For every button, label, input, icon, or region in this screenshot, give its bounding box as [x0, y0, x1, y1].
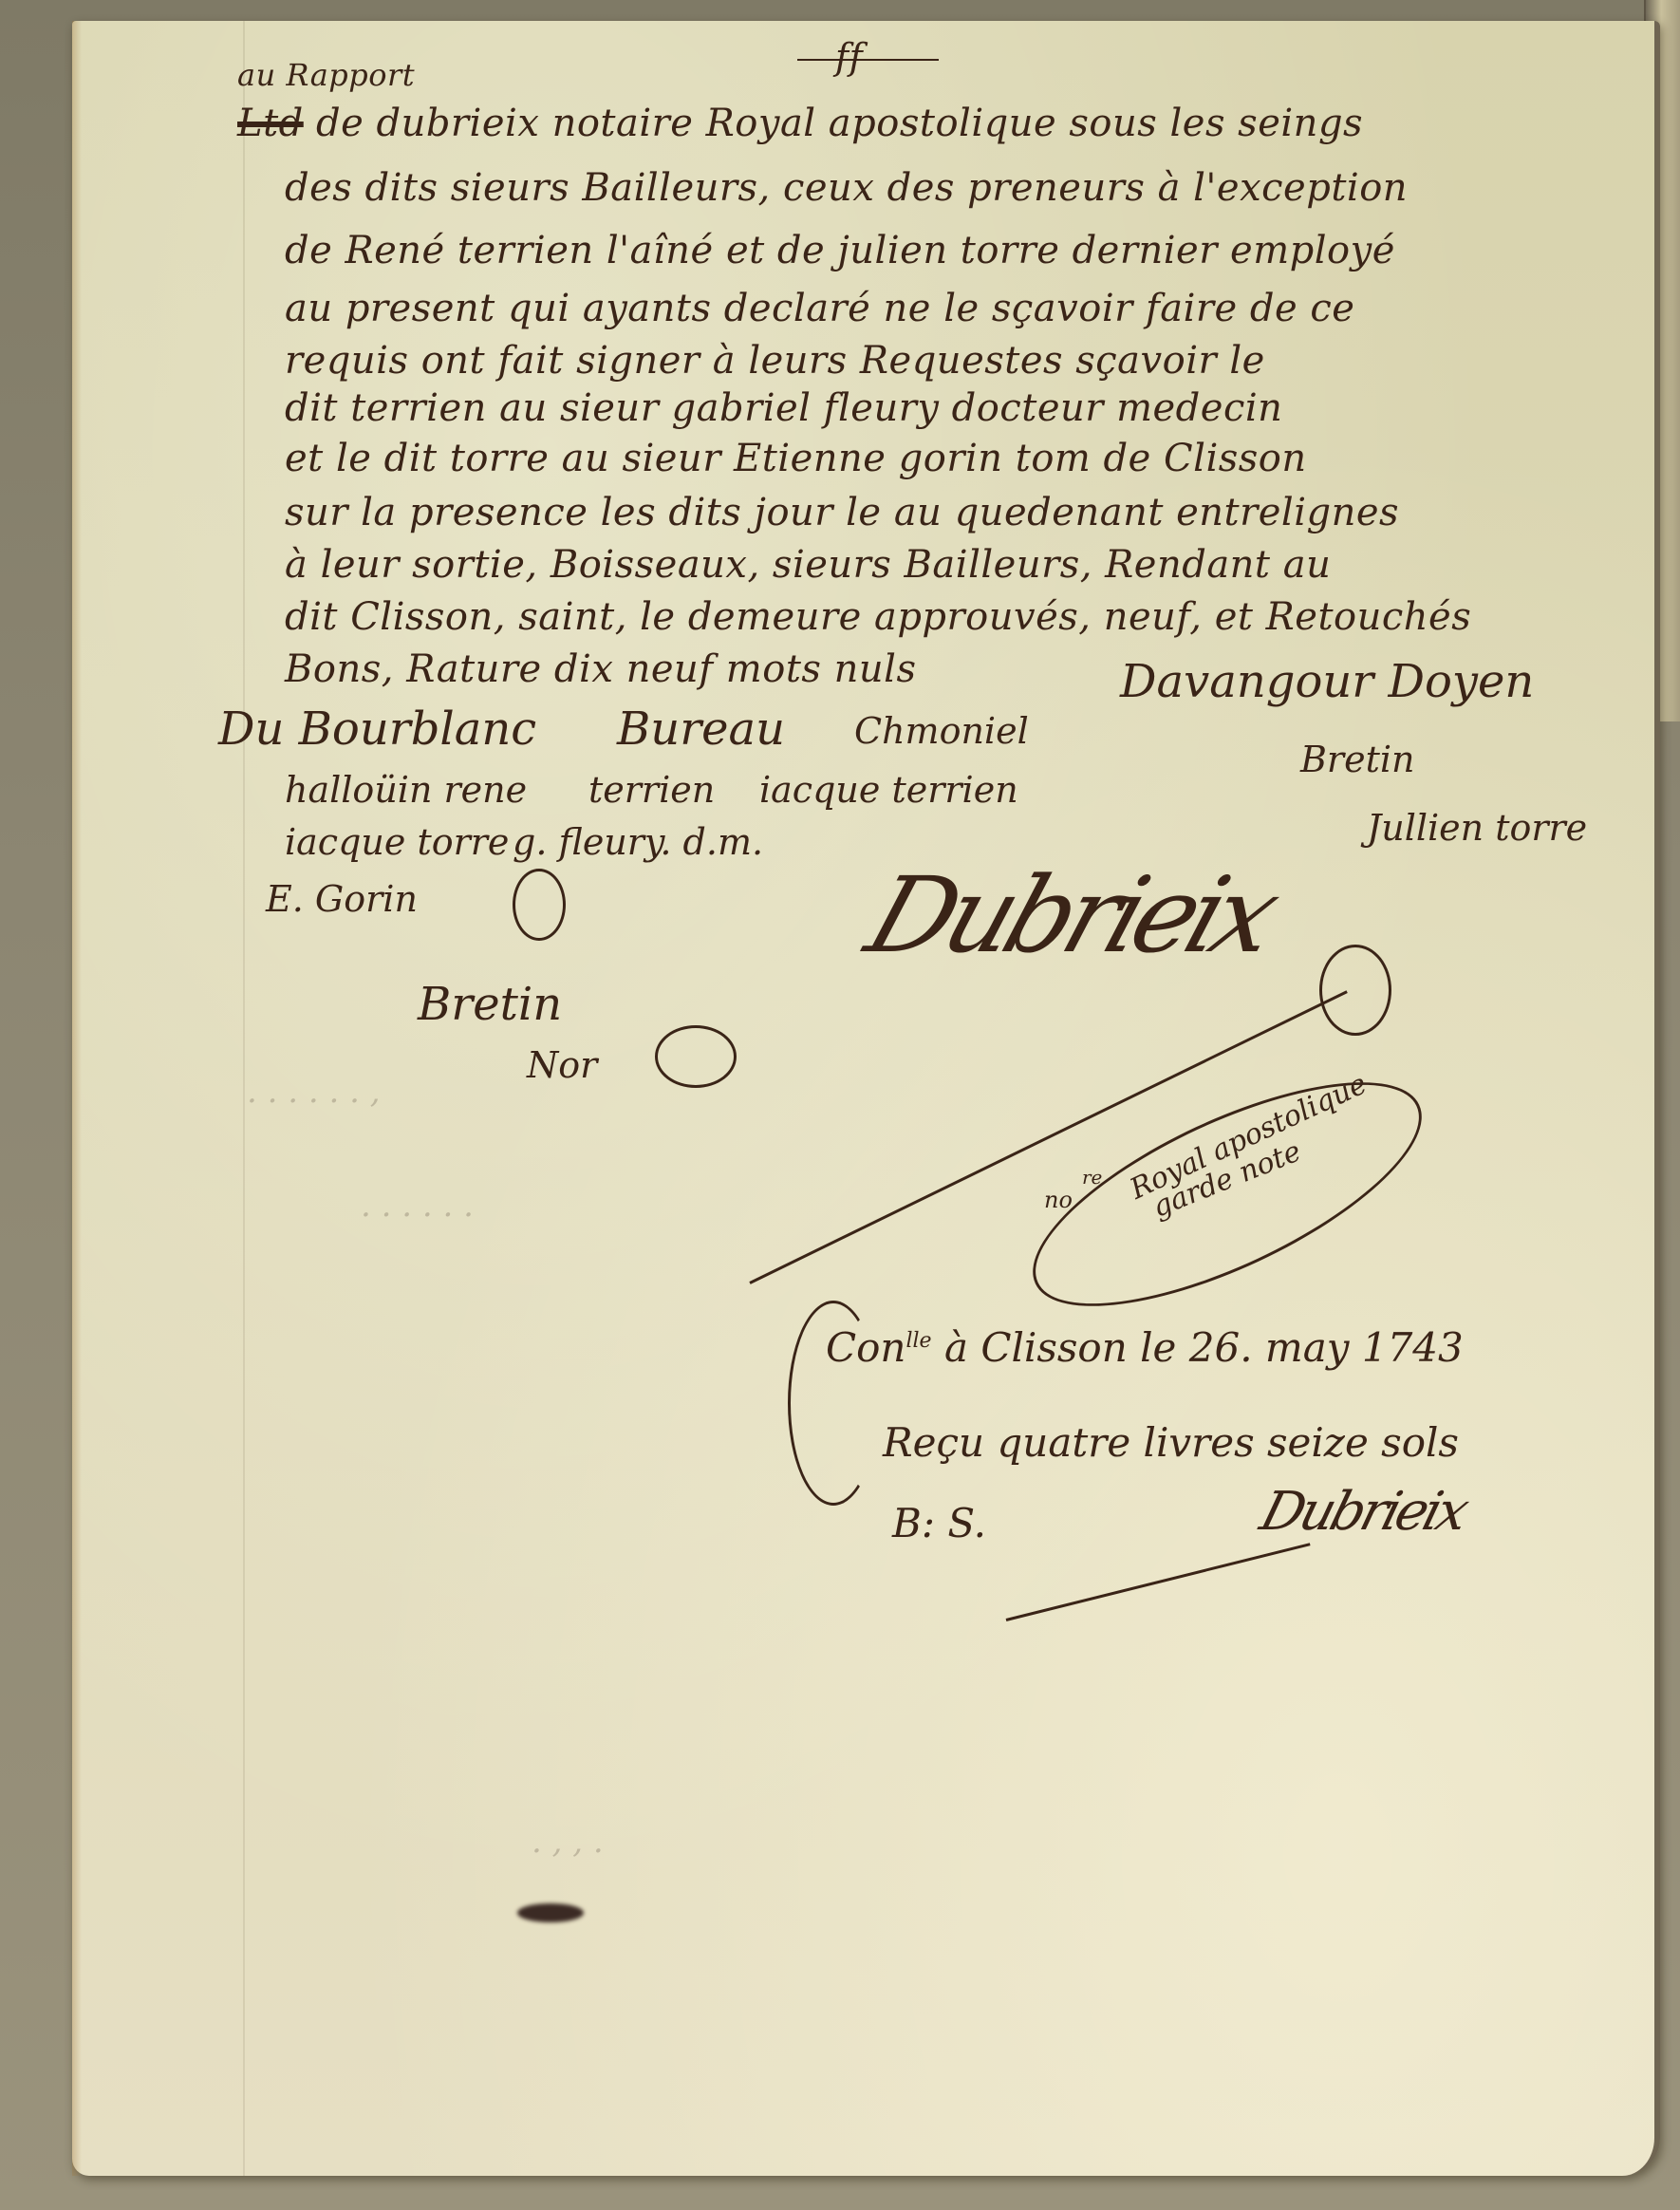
body-line-3: de René terrien l'aîné et de julien torr… — [285, 232, 1395, 270]
signature-bureau: Bureau — [617, 702, 785, 756]
body-line-4: au present qui ayants declaré ne le sçav… — [285, 290, 1354, 328]
signature-iacque-terrien: iacque terrien — [759, 769, 1018, 811]
paraph-knot — [655, 1025, 737, 1088]
signature-terrien: terrien — [588, 769, 715, 811]
ink-blot — [517, 1903, 584, 1922]
bleed-through-text: . . . . . . , — [247, 1073, 381, 1111]
signature-halloin-rene: halloüin rene — [285, 769, 527, 811]
signature-gorin: E. Gorin — [266, 878, 418, 920]
signature-dubrieix-main: Dubrieix — [853, 854, 1287, 976]
closing-line-3: B: S. — [892, 1500, 986, 1546]
body-line-6: dit terrien au sieur gabriel fleury doct… — [285, 389, 1282, 427]
closing-line-2: Reçu quatre livres seize sols — [883, 1419, 1459, 1466]
signature-iacque-torre: iacque torre — [285, 821, 509, 863]
signature-dubrieix-closing: Dubrieix — [1254, 1481, 1472, 1543]
page-edge-stain — [72, 21, 82, 2176]
signature-fleury: g. fleury. d.m. — [513, 821, 763, 863]
body-line-2: des dits sieurs Bailleurs, ceux des pren… — [285, 169, 1408, 207]
body-line-7: et le dit torre au sieur Etienne gorin t… — [285, 440, 1307, 478]
signature-bretin: Bretin — [1300, 739, 1414, 780]
controle-place-date: à Clisson le 26. may 1743 — [944, 1324, 1464, 1371]
struck-prefix: Ltd — [237, 102, 304, 145]
body-line-11: Bons, Rature dix neuf mots nuls — [285, 650, 916, 688]
signature-davangour-doyen: Davangour Doyen — [1120, 655, 1534, 708]
seal-sup: re — [1082, 1166, 1102, 1189]
bleed-through-text: . . . . . . — [361, 1187, 474, 1225]
seal-no: no — [1044, 1187, 1073, 1213]
body-line-8: sur la presence les dits jour le au qued… — [285, 494, 1399, 532]
gorin-flourish — [513, 869, 566, 941]
body-line-9: à leur sortie, Boisseaux, sieurs Bailleu… — [285, 546, 1331, 584]
signature-bretin-notary: Bretin — [418, 978, 562, 1031]
closing-flourish — [788, 1301, 879, 1506]
body-line-1: Ltd de dubrieix notaire Royal apostoliqu… — [237, 104, 1363, 142]
signature-jullien-torre: Jullien torre — [1367, 807, 1587, 849]
marginal-note: au Rapport — [237, 57, 415, 93]
signature-nor: Nor — [527, 1044, 597, 1086]
folio-mark: ff — [835, 36, 863, 78]
controle-sup: lle — [905, 1329, 931, 1353]
body-line-10: dit Clisson, saint, le demeure approuvés… — [285, 598, 1471, 636]
closing-line-1: Conlle à Clisson le 26. may 1743 — [826, 1324, 1464, 1371]
signature-chmoniel: Chmoniel — [854, 710, 1029, 752]
body-line-5: requis ont fait signer à leurs Requestes… — [285, 342, 1265, 380]
bleed-through-text: . , , . — [532, 1823, 604, 1861]
signature-du-bourblanc: Du Bourblanc — [218, 702, 536, 756]
body-text: de dubrieix notaire Royal apostolique so… — [316, 102, 1363, 145]
dubrieix-paraph-loop — [1319, 945, 1391, 1036]
